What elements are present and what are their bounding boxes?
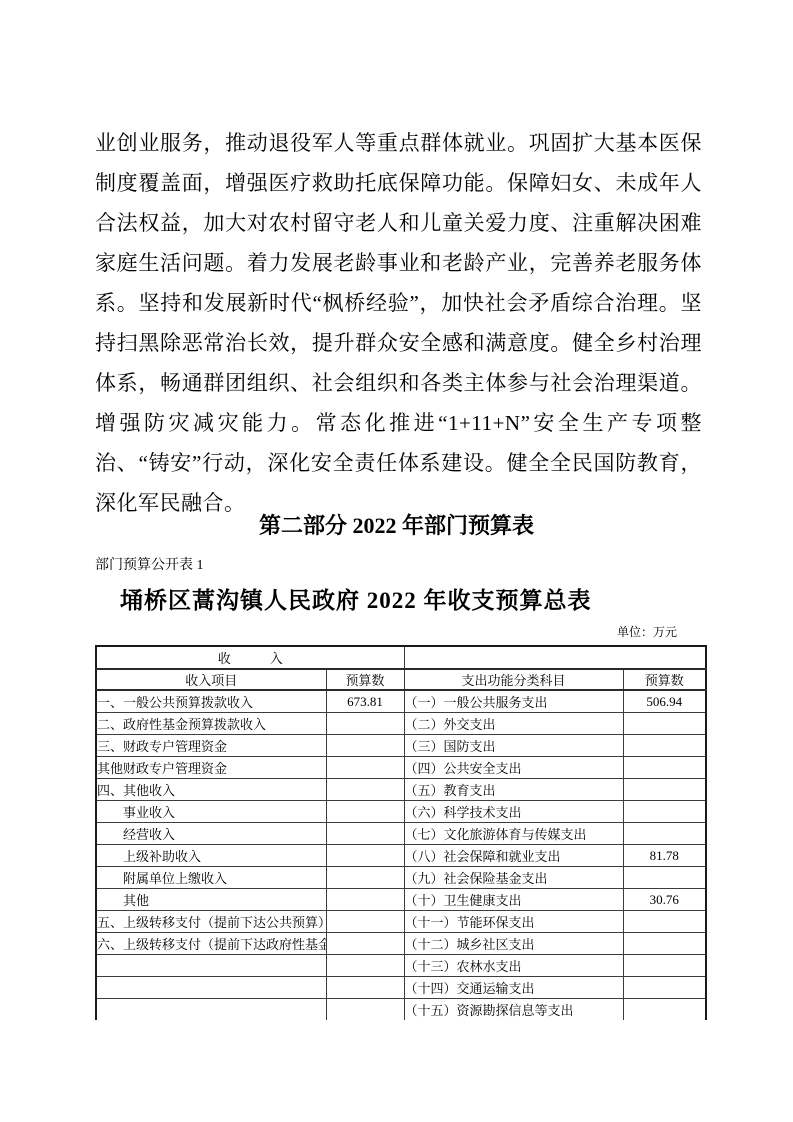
income-value-cell [326,889,404,911]
table-row: 六、上级转移支付（提前下达政府性基金）（十二）城乡社区支出 [96,933,706,955]
expense-item-cell: （三）国防支出 [404,735,623,757]
table-row: 事业收入（六）科学技术支出 [96,801,706,823]
body-paragraph: 业创业服务，推动退役军人等重点群体就业。巩固扩大基本医保制度覆盖面，增强医疗救助… [95,123,702,523]
expense-item-cell: （四）公共安全支出 [404,757,623,779]
income-item-cell: 二、政府性基金预算拨款收入 [96,713,326,735]
income-value-cell [326,801,404,823]
expense-value-cell [623,757,706,779]
table-row: 四、其他收入（五）教育支出 [96,779,706,801]
expense-item-cell: （十五）资源勘探信息等支出 [404,999,623,1021]
document-page: 业创业服务，推动退役军人等重点群体就业。巩固扩大基本医保制度覆盖面，增强医疗救助… [0,0,793,1122]
expense-budget-header-cell: 预算数 [623,669,706,690]
table-column-header-row: 收入项目 预算数 支出功能分类科目 预算数 [96,669,706,690]
income-value-cell [326,713,404,735]
expense-value-cell: 30.76 [623,889,706,911]
expense-value-cell: 506.94 [623,690,706,713]
table-row: 经营收入（七）文化旅游体育与传媒支出 [96,823,706,845]
income-section-header-cell: 收 入 [96,646,404,669]
expense-value-cell [623,735,706,757]
income-item-cell [96,955,326,977]
table-row: 其他（十）卫生健康支出30.76 [96,889,706,911]
budget-summary-table: 收 入 收入项目 预算数 支出功能分类科目 预算数 一、一般公共预算拨款收入67… [95,645,707,1020]
income-item-cell: 上级补助收入 [96,845,326,867]
table-row: （十四）交通运输支出 [96,977,706,999]
income-item-cell: 六、上级转移支付（提前下达政府性基金） [96,933,326,955]
table-row: 上级补助收入（八）社会保障和就业支出81.78 [96,845,706,867]
income-value-cell [326,911,404,933]
income-item-cell: 其他 [96,889,326,911]
income-value-cell [326,999,404,1021]
expense-item-cell: （十）卫生健康支出 [404,889,623,911]
table-row: 五、上级转移支付（提前下达公共预算）（十一）节能环保支出 [96,911,706,933]
income-value-cell [326,845,404,867]
table-row: 一、一般公共预算拨款收入673.81（一）一般公共服务支出506.94 [96,690,706,713]
income-value-cell [326,955,404,977]
expense-item-cell: （二）外交支出 [404,713,623,735]
income-item-cell: 四、其他收入 [96,779,326,801]
income-value-cell [326,933,404,955]
expense-item-cell: （五）教育支出 [404,779,623,801]
expense-section-header-cell [404,646,706,669]
expense-item-cell: （十四）交通运输支出 [404,977,623,999]
table-label: 部门预算公开表 1 [95,554,204,574]
table-row: （十三）农林水支出 [96,955,706,977]
expense-value-cell [623,911,706,933]
income-budget-header-cell: 预算数 [326,669,404,690]
table-row: 二、政府性基金预算拨款收入（二）外交支出 [96,713,706,735]
income-item-cell: 其他财政专户管理资金 [96,757,326,779]
expense-item-cell: （一）一般公共服务支出 [404,690,623,713]
expense-value-cell [623,999,706,1021]
income-value-cell: 673.81 [326,690,404,713]
income-value-cell [326,757,404,779]
income-item-header-cell: 收入项目 [96,669,326,690]
income-item-cell [96,999,326,1021]
expense-value-cell [623,801,706,823]
expense-item-cell: （八）社会保障和就业支出 [404,845,623,867]
table-title: 埇桥区蒿沟镇人民政府 2022 年收支预算总表 [120,582,592,615]
expense-item-cell: （七）文化旅游体育与传媒支出 [404,823,623,845]
expense-item-cell: （十二）城乡社区支出 [404,933,623,955]
expense-value-cell [623,977,706,999]
expense-value-cell [623,823,706,845]
expense-value-cell [623,933,706,955]
section-heading: 第二部分 2022 年部门预算表 [0,509,793,540]
expense-item-cell: （九）社会保险基金支出 [404,867,623,889]
income-value-cell [326,867,404,889]
income-value-cell [326,977,404,999]
income-item-cell: 事业收入 [96,801,326,823]
table-row: 附属单位上缴收入（九）社会保险基金支出 [96,867,706,889]
income-item-cell: 一、一般公共预算拨款收入 [96,690,326,713]
income-item-cell [96,977,326,999]
expense-item-header-cell: 支出功能分类科目 [404,669,623,690]
income-item-cell: 经营收入 [96,823,326,845]
expense-value-cell [623,867,706,889]
expense-item-cell: （十三）农林水支出 [404,955,623,977]
table-row: （十五）资源勘探信息等支出 [96,999,706,1021]
expense-value-cell [623,713,706,735]
income-value-cell [326,735,404,757]
table-section-header-row: 收 入 [96,646,706,669]
table-row: 三、财政专户管理资金（三）国防支出 [96,735,706,757]
income-item-cell: 三、财政专户管理资金 [96,735,326,757]
expense-item-cell: （十一）节能环保支出 [404,911,623,933]
income-value-cell [326,823,404,845]
table-row: 其他财政专户管理资金（四）公共安全支出 [96,757,706,779]
expense-item-cell: （六）科学技术支出 [404,801,623,823]
expense-value-cell [623,779,706,801]
expense-value-cell [623,955,706,977]
income-item-cell: 附属单位上缴收入 [96,867,326,889]
income-item-cell: 五、上级转移支付（提前下达公共预算） [96,911,326,933]
unit-label: 单位：万元 [95,623,677,640]
income-value-cell [326,779,404,801]
expense-value-cell: 81.78 [623,845,706,867]
